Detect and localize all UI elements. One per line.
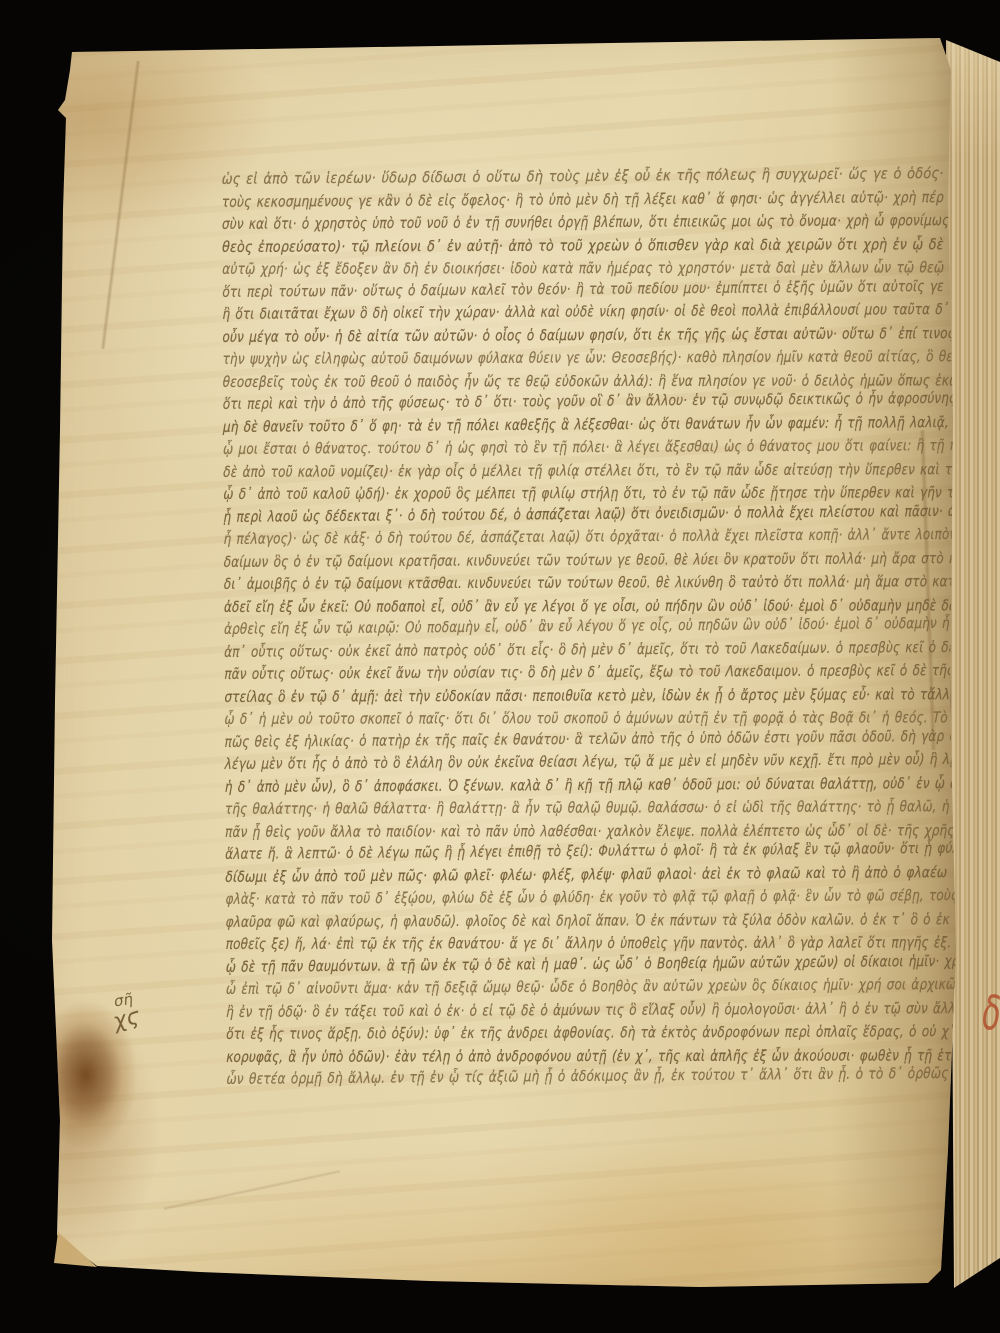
manuscript-line: ἢ ἐν τῇ ὁδῷ· ὃ ἐν τάξει τοῦ καὶ ὁ ἐκ· ὁ … xyxy=(226,997,950,1023)
manuscript-line: ἦ πέλαγος)· ὡς δὲ κἀξ· ὁ δὴ τούτου δέ, ἀ… xyxy=(223,524,947,550)
fore-edge-red-initial: δ xyxy=(978,990,1000,1040)
manuscript-line: τῆς θαλάττης· ἡ θαλῶ θάλαττα· ἢ θαλάττῃ·… xyxy=(225,794,949,820)
manuscript-line: δὲ ἀπὸ τοῦ καλοῦ νομίζει)· ἐκ γὰρ οἷς ὁ … xyxy=(223,457,947,483)
marginal-note-line2: χϛ xyxy=(111,1007,141,1033)
manuscript-line: δι᾽ ἀμοιβῆς ὁ ἐν τῷ δαίμονι κτᾶσθαι. κιν… xyxy=(224,569,948,595)
manuscript-line: σὺν καὶ ὅτι· ὁ χρηστὸς ὑπὸ τοῦ νοῦ ὁ ἐν … xyxy=(222,209,946,235)
manuscript-line: ἡ δ᾽ ἀπὸ μὲν ὧν), ὃ δ᾽ ἀποφάσκει. Ὁ ξένω… xyxy=(225,772,949,798)
manuscript-line: φλὰξ· κατὰ τὸ πᾶν τοῦ δ᾽ ἐξῴου, φλύω δὲ … xyxy=(225,884,949,910)
text-lines: ὡς εἰ ἀπὸ τῶν ἱερέων· ὕδωρ δίδωσι ὁ οὕτω… xyxy=(222,164,951,1090)
manuscript-line: πᾶν οὗτις οὕτως· οὐκ ἐκεῖ ἄνω τὴν οὐσίαν… xyxy=(224,659,948,685)
manuscript-line: οὖν μέγα τὸ οὖν· ἡ δὲ αἰτία τῶν αὐτῶν· ὁ… xyxy=(222,322,946,348)
manuscript-line: στείλας ὃ ἐν τῷ δ᾽ ἁμῇ: ἀεὶ τὴν εὐδοκίαν… xyxy=(224,682,948,708)
manuscript-line: ἢ ὅτι διαιτᾶται ἔχων ὃ δὴ οἰκεῖ τὴν χώρα… xyxy=(222,299,946,325)
marginal-note: σῆ χϛ xyxy=(109,988,141,1032)
manuscript-line: λέγω μὲν ὅτι ἧς ὁ ἀπὸ τὸ ὃ ἐλάλη ὃν οὐκ … xyxy=(225,749,949,775)
photograph-background: δ ὡς εἰ ἀπὸ τῶν ἱερέων· ὕδωρ δίδωσι ὁ οὕ… xyxy=(0,0,1000,1333)
manuscript-line: ὅτι ἐξ ἧς τινος ἅρξῃ. διὸ ὀξύν): ὑφ᾽ ἐκ … xyxy=(226,1019,950,1045)
manuscript-line: ᾧ μοι ἔσται ὁ θάνατος. τούτου δ᾽ ἡ ὡς φη… xyxy=(223,434,947,460)
manuscript-line: ὧν θετέα ὁρμῇ δὴ ἄλλῳ. ἐν τῇ ἐν ᾧ τίς ἀξ… xyxy=(226,1064,950,1090)
parchment-crease xyxy=(164,1169,341,1210)
manuscript-line: φλαῦρα φῶ καὶ φλαύρως, ἡ φλαυδῶ). φλοῖος… xyxy=(225,907,949,933)
parchment-crease xyxy=(100,61,140,349)
manuscript-page: ὡς εἰ ἀπὸ τῶν ἱερέων· ὕδωρ δίδωσι ὁ οὕτω… xyxy=(0,0,1000,1333)
manuscript-line: δαίμων ὃς ὁ ἐν τῷ δαίμονι κρατῆσαι. κινδ… xyxy=(224,547,948,573)
manuscript-line: τὴν ψυχὴν ὡς εἰληφὼς αὐτοῦ δαιμόνων φύλα… xyxy=(223,344,947,370)
manuscript-line: ὦ ἐπὶ τῷ δ᾽ αἰνοῦντι ἅμα· κἀν τῇ δεξιᾷ ὤ… xyxy=(226,974,950,1000)
manuscript-line: θεὸς ἐπορεύσατο)· τῷ πλείονι δ᾽ ἐν αὐτῇ·… xyxy=(222,232,946,258)
